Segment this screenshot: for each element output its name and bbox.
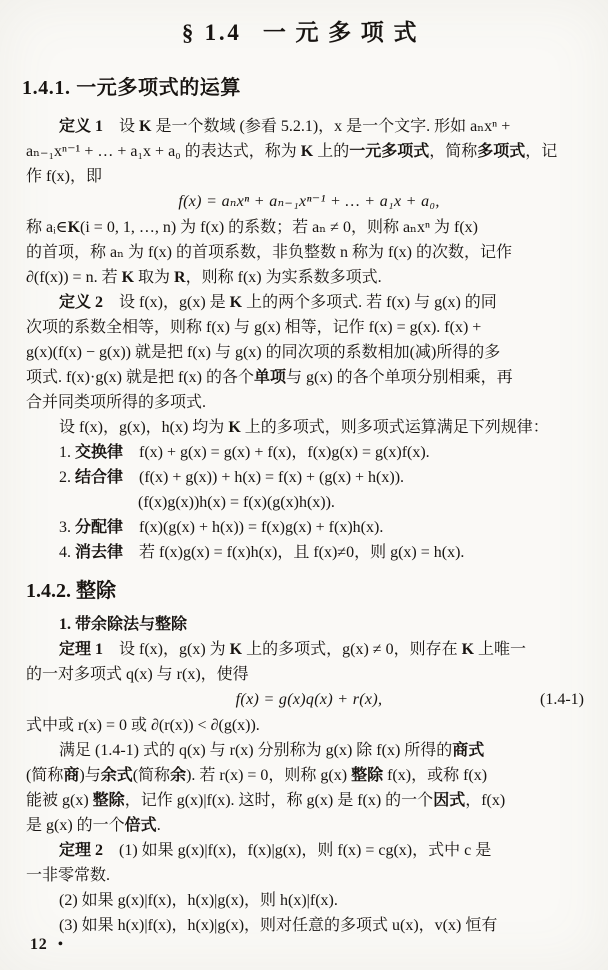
formula-text: f(x) = aₙxⁿ + aₙ₋₁xⁿ⁻¹ + … + a₁x + a₀,: [178, 193, 439, 210]
text-run: 合并同类项所得的多项式.: [26, 394, 206, 411]
text-line: 项式. f(x)·g(x) 就是把 f(x) 的各个单项与 g(x) 的各个单项…: [26, 365, 592, 390]
text-run: ，记: [525, 143, 557, 160]
text-line: 3. 分配律 f(x)(g(x) + h(x)) = f(x)g(x) + f(…: [26, 515, 592, 540]
text-run: (简称: [133, 767, 170, 784]
key-term: 商: [63, 767, 79, 784]
text-run: ，记作 g(x)|f(x). 这时，称 g(x) 是 f(x) 的一个: [125, 792, 434, 809]
text-line: 设 f(x)，g(x)，h(x) 均为 K 上的多项式，则多项式运算满足下列规律…: [26, 415, 592, 440]
text-run: 上的多项式，g(x) ≠ 0，则存在: [242, 641, 461, 658]
text-run: ，则称 f(x) 为实系数多项式.: [186, 269, 382, 286]
text-run: 上唯一: [474, 641, 526, 658]
section-number: § 1.4: [182, 20, 242, 45]
key-term: 余: [170, 767, 186, 784]
key-term: 多项式: [477, 143, 525, 160]
book-page: § 1.4 一元多项式 1.4.1. 一元多项式的运算 定义 1 设 K 是一个…: [0, 0, 608, 970]
text-run: 设 f(x)，g(x) 是: [103, 294, 230, 311]
text-run: aₙ₋₁xⁿ⁻¹ + … + a₁x + a₀ 的表达式，称为: [26, 143, 301, 160]
equation-number: (1.4-1): [540, 687, 584, 713]
text-run: 与 g(x) 的各个单项分别相乘，再: [286, 369, 513, 386]
text-run: 次项的系数全相等，则称 f(x) 与 g(x) 相等，记作 f(x) = g(x…: [26, 319, 481, 336]
key-term: K: [122, 269, 134, 286]
key-term: 因式: [433, 792, 465, 809]
key-term: K: [68, 219, 80, 236]
text-line: (3) 如果 h(x)|f(x)，h(x)|g(x)，则对任意的多项式 u(x)…: [26, 913, 592, 938]
key-term: K: [301, 143, 313, 160]
key-term: 交换律: [75, 444, 123, 461]
text-run: .: [157, 817, 161, 834]
text-line: 合并同类项所得的多项式.: [26, 390, 592, 415]
key-term: K: [228, 419, 240, 436]
key-term: 一元多项式: [349, 143, 429, 160]
key-term: 结合律: [75, 469, 123, 486]
text-line: 满足 (1.4-1) 式的 q(x) 与 r(x) 分别称为 g(x) 除 f(…: [26, 738, 592, 763]
text-run: 4.: [59, 544, 75, 561]
text-run: 上的两个多项式. 若 f(x) 与 g(x) 的同: [242, 294, 497, 311]
text-line: 能被 g(x) 整除，记作 g(x)|f(x). 这时，称 g(x) 是 f(x…: [26, 788, 592, 813]
text-run: 3.: [59, 519, 75, 536]
display-formula: f(x) = g(x)q(x) + r(x),(1.4-1): [26, 687, 592, 713]
list-item-heading: 1. 带余除法与整除: [26, 612, 592, 637]
page-number: 12: [30, 936, 48, 953]
text-line: 式中或 r(x) = 0 或 ∂(r(x)) < ∂(g(x)).: [26, 713, 592, 738]
text-run: g(x)(f(x) − g(x)) 就是把 f(x) 与 g(x) 的同次项的系…: [26, 344, 500, 361]
text-run: f(x) + g(x) = g(x) + f(x)，f(x)g(x) = g(x…: [123, 444, 430, 461]
text-run: 2.: [59, 469, 75, 486]
text-line: 定义 1 设 K 是一个数域 (参看 5.2.1)，x 是一个文字. 形如 aₙ…: [26, 114, 592, 139]
key-term: 定理 2: [59, 842, 103, 859]
display-formula: f(x) = aₙxⁿ + aₙ₋₁xⁿ⁻¹ + … + a₁x + a₀,: [26, 189, 592, 215]
text-line: aₙ₋₁xⁿ⁻¹ + … + a₁x + a₀ 的表达式，称为 K 上的一元多项…: [26, 139, 592, 164]
key-term: R: [174, 269, 186, 286]
page-title: § 1.4 一元多项式: [0, 0, 608, 47]
text-run: ∂(f(x)) = n. 若: [26, 269, 122, 286]
text-line: 作 f(x)，即: [26, 164, 592, 189]
text-run: 式中或 r(x) = 0 或 ∂(r(x)) < ∂(g(x)).: [26, 717, 260, 734]
text-line: 定理 1 设 f(x)，g(x) 为 K 上的多项式，g(x) ≠ 0，则存在 …: [26, 637, 592, 662]
text-run: )与: [79, 767, 100, 784]
page-footer: 12•: [30, 936, 64, 954]
text-run: 取为: [134, 269, 174, 286]
text-line: (f(x)g(x))h(x) = f(x)(g(x)h(x)).: [26, 490, 592, 515]
text-run: 的一对多项式 q(x) 与 r(x)，使得: [26, 666, 249, 683]
key-term: 整除: [93, 792, 125, 809]
text-line: 2. 结合律 (f(x) + g(x)) + h(x) = f(x) + (g(…: [26, 465, 592, 490]
text-run: 能被 g(x): [26, 792, 93, 809]
text-line: (简称商)与余式(简称余). 若 r(x) = 0，则称 g(x) 整除 f(x…: [26, 763, 592, 788]
text-line: 定理 2 (1) 如果 g(x)|f(x)，f(x)|g(x)，则 f(x) =…: [26, 838, 592, 863]
text-line: g(x)(f(x) − g(x)) 就是把 f(x) 与 g(x) 的同次项的系…: [26, 340, 592, 365]
text-run: (2) 如果 g(x)|f(x)，h(x)|g(x)，则 h(x)|f(x).: [59, 892, 338, 909]
text-run: 设 f(x)，g(x) 为: [103, 641, 230, 658]
text-run: 一非零常数.: [26, 867, 110, 884]
text-run: 的首项，称 aₙ 为 f(x) 的首项系数，非负整数 n 称为 f(x) 的次数…: [26, 244, 512, 261]
key-term: K: [462, 641, 474, 658]
text-line: (2) 如果 g(x)|f(x)，h(x)|g(x)，则 h(x)|f(x).: [26, 888, 592, 913]
subsection-heading-141: 1.4.1. 一元多项式的运算: [22, 71, 608, 100]
text-run: ，简称: [429, 143, 477, 160]
text-line: 次项的系数全相等，则称 f(x) 与 g(x) 相等，记作 f(x) = g(x…: [26, 315, 592, 340]
text-run: ). 若 r(x) = 0，则称 g(x): [186, 767, 351, 784]
key-term: 定义 2: [59, 294, 103, 311]
text-line: ∂(f(x)) = n. 若 K 取为 R，则称 f(x) 为实系数多项式.: [26, 265, 592, 290]
key-term: 定理 1: [59, 641, 103, 658]
text-line: 定义 2 设 f(x)，g(x) 是 K 上的两个多项式. 若 f(x) 与 g…: [26, 290, 592, 315]
text-run: (f(x) + g(x)) + h(x) = f(x) + (g(x) + h(…: [123, 469, 404, 486]
text-run: 称 aᵢ∈: [26, 219, 68, 236]
text-run: 若 f(x)g(x) = f(x)h(x)，且 f(x)≠0，则 g(x) = …: [123, 544, 464, 561]
text-run: 上的: [313, 143, 349, 160]
text-run: (简称: [26, 767, 63, 784]
formula-text: f(x) = g(x)q(x) + r(x),: [236, 691, 383, 708]
section-title-text: 一元多项式: [263, 20, 426, 45]
footer-bullet: •: [58, 936, 64, 953]
key-term: K: [230, 294, 242, 311]
text-run: 设: [103, 118, 139, 135]
text-line: 的一对多项式 q(x) 与 r(x)，使得: [26, 662, 592, 687]
text-line: 一非零常数.: [26, 863, 592, 888]
text-run: (f(x)g(x))h(x) = f(x)(g(x)h(x)).: [138, 494, 335, 511]
text-run: (i = 0, 1, …, n) 为 f(x) 的系数；若 aₙ ≠ 0，则称 …: [80, 219, 478, 236]
key-term: 单项: [254, 369, 286, 386]
text-run: 设 f(x)，g(x)，h(x) 均为: [59, 419, 228, 436]
subsection-heading-142: 1.4.2. 整除: [26, 578, 592, 605]
key-term: 整除: [351, 767, 383, 784]
key-term: 倍式: [125, 817, 157, 834]
text-line: 是 g(x) 的一个倍式.: [26, 813, 592, 838]
text-run: f(x)，或称 f(x): [383, 767, 487, 784]
key-term: 余式: [101, 767, 133, 784]
text-line: 4. 消去律 若 f(x)g(x) = f(x)h(x)，且 f(x)≠0，则 …: [26, 540, 592, 565]
text-line: 1. 交换律 f(x) + g(x) = g(x) + f(x)，f(x)g(x…: [26, 440, 592, 465]
key-term: 定义 1: [59, 118, 103, 135]
text-line: 称 aᵢ∈K(i = 0, 1, …, n) 为 f(x) 的系数；若 aₙ ≠…: [26, 215, 592, 240]
text-run: (1) 如果 g(x)|f(x)，f(x)|g(x)，则 f(x) = cg(x…: [103, 842, 491, 859]
text-run: 作 f(x)，即: [26, 168, 102, 185]
page-body: 定义 1 设 K 是一个数域 (参看 5.2.1)，x 是一个文字. 形如 aₙ…: [26, 114, 592, 938]
text-line: 的首项，称 aₙ 为 f(x) 的首项系数，非负整数 n 称为 f(x) 的次数…: [26, 240, 592, 265]
key-term: K: [139, 118, 151, 135]
text-run: 是一个数域 (参看 5.2.1)，x 是一个文字. 形如 aₙxⁿ +: [151, 118, 510, 135]
key-term: 商式: [452, 742, 484, 759]
key-term: 消去律: [75, 544, 123, 561]
text-run: f(x)(g(x) + h(x)) = f(x)g(x) + f(x)h(x).: [123, 519, 383, 536]
text-run: 是 g(x) 的一个: [26, 817, 125, 834]
text-run: 上的多项式，则多项式运算满足下列规律：: [241, 419, 549, 436]
text-run: 满足 (1.4-1) 式的 q(x) 与 r(x) 分别称为 g(x) 除 f(…: [59, 742, 452, 759]
key-term: 分配律: [75, 519, 123, 536]
text-run: 项式. f(x)·g(x) 就是把 f(x) 的各个: [26, 369, 254, 386]
text-run: 1.: [59, 444, 75, 461]
text-run: (3) 如果 h(x)|f(x)，h(x)|g(x)，则对任意的多项式 u(x)…: [59, 917, 497, 934]
text-run: ，f(x): [465, 792, 505, 809]
key-term: K: [230, 641, 242, 658]
